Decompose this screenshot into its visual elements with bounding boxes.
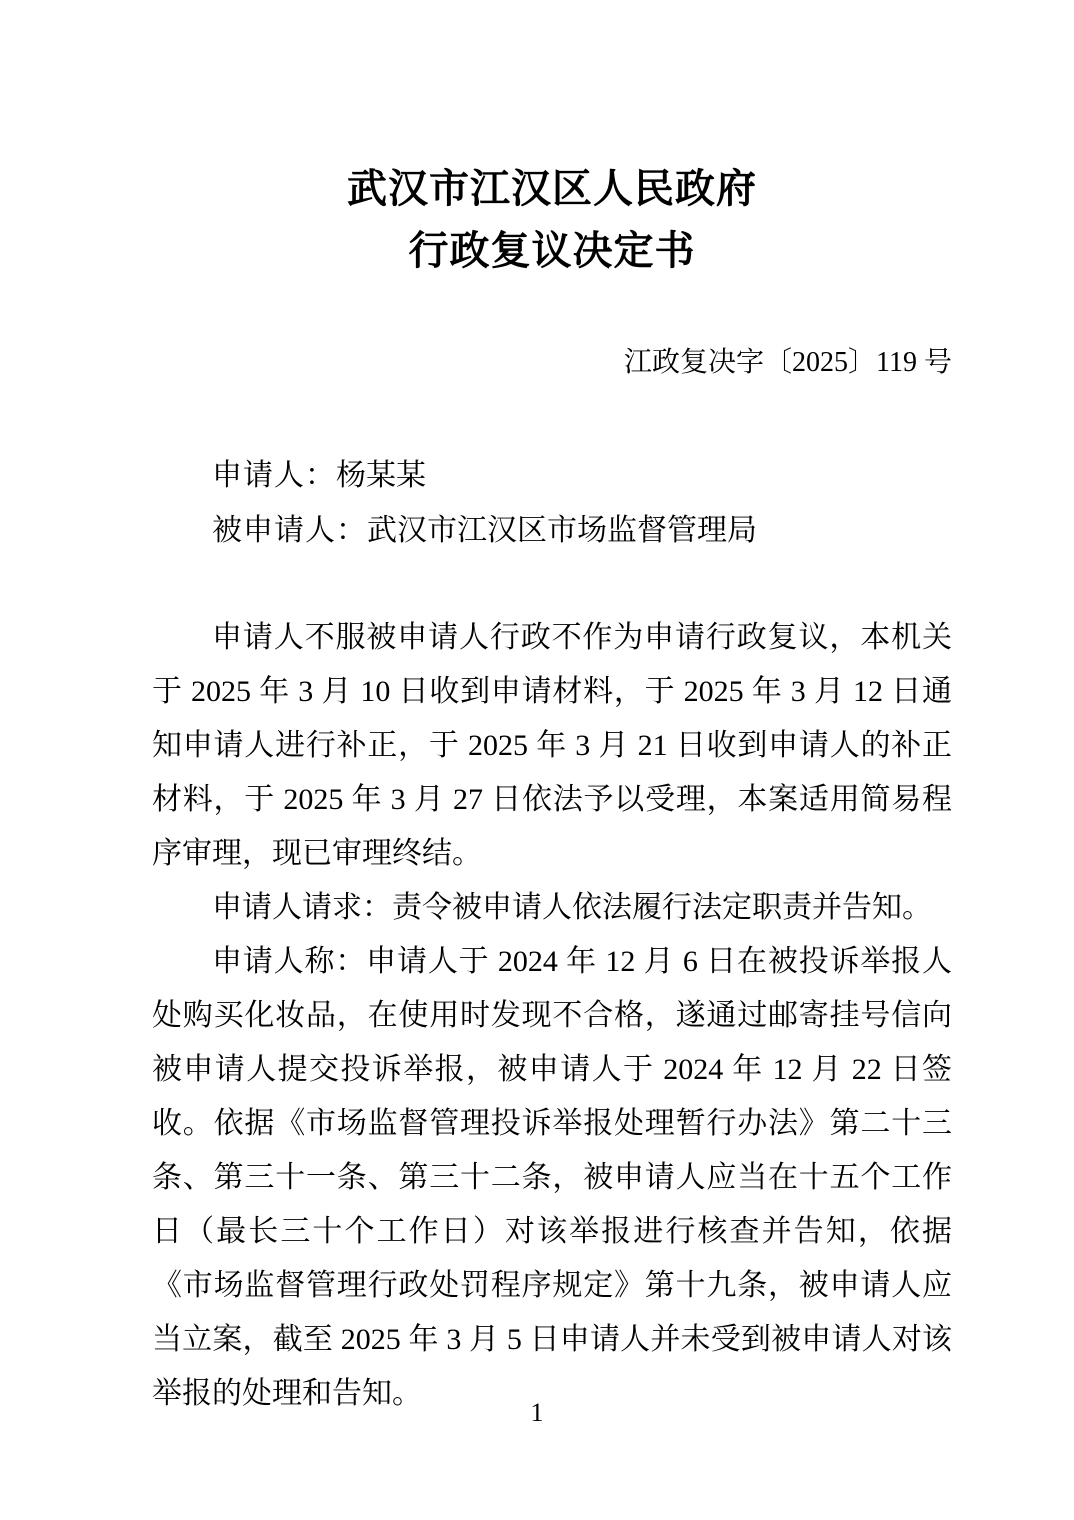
- respondent-line: 被申请人：武汉市江汉区市场监督管理局: [152, 503, 952, 558]
- applicant-line: 申请人：杨某某: [152, 448, 952, 503]
- page-footer: 1: [0, 1398, 1074, 1428]
- respondent-name: 武汉市江汉区市场监督管理局: [367, 514, 757, 547]
- paragraph-applicant-claim: 申请人称：申请人于 2024 年 12 月 6 日在被投诉举报人处购买化妆品，在…: [152, 935, 952, 1421]
- title-line-doc-type: 行政复议决定书: [152, 220, 952, 282]
- document-title: 武汉市江汉区人民政府 行政复议决定书: [152, 0, 952, 282]
- paragraph-applicant-request: 申请人请求：责令被申请人依法履行法定职责并告知。: [152, 881, 952, 935]
- decision-document-page: 武汉市江汉区人民政府 行政复议决定书 江政复决字〔2025〕119 号 申请人：…: [0, 0, 1074, 1520]
- parties-section: 申请人：杨某某 被申请人：武汉市江汉区市场监督管理局: [152, 448, 952, 558]
- document-number: 江政复决字〔2025〕119 号: [152, 336, 952, 390]
- applicant-label: 申请人：: [212, 459, 336, 492]
- document-body: 申请人不服被申请人行政不作为申请行政复议，本机关于 2025 年 3 月 10 …: [152, 611, 952, 1421]
- respondent-label: 被申请人：: [212, 514, 367, 547]
- page-number: 1: [531, 1398, 544, 1427]
- applicant-name: 杨某某: [336, 459, 426, 492]
- paragraph-case-procedure: 申请人不服被申请人行政不作为申请行政复议，本机关于 2025 年 3 月 10 …: [152, 611, 952, 881]
- title-line-issuer: 武汉市江汉区人民政府: [152, 158, 952, 220]
